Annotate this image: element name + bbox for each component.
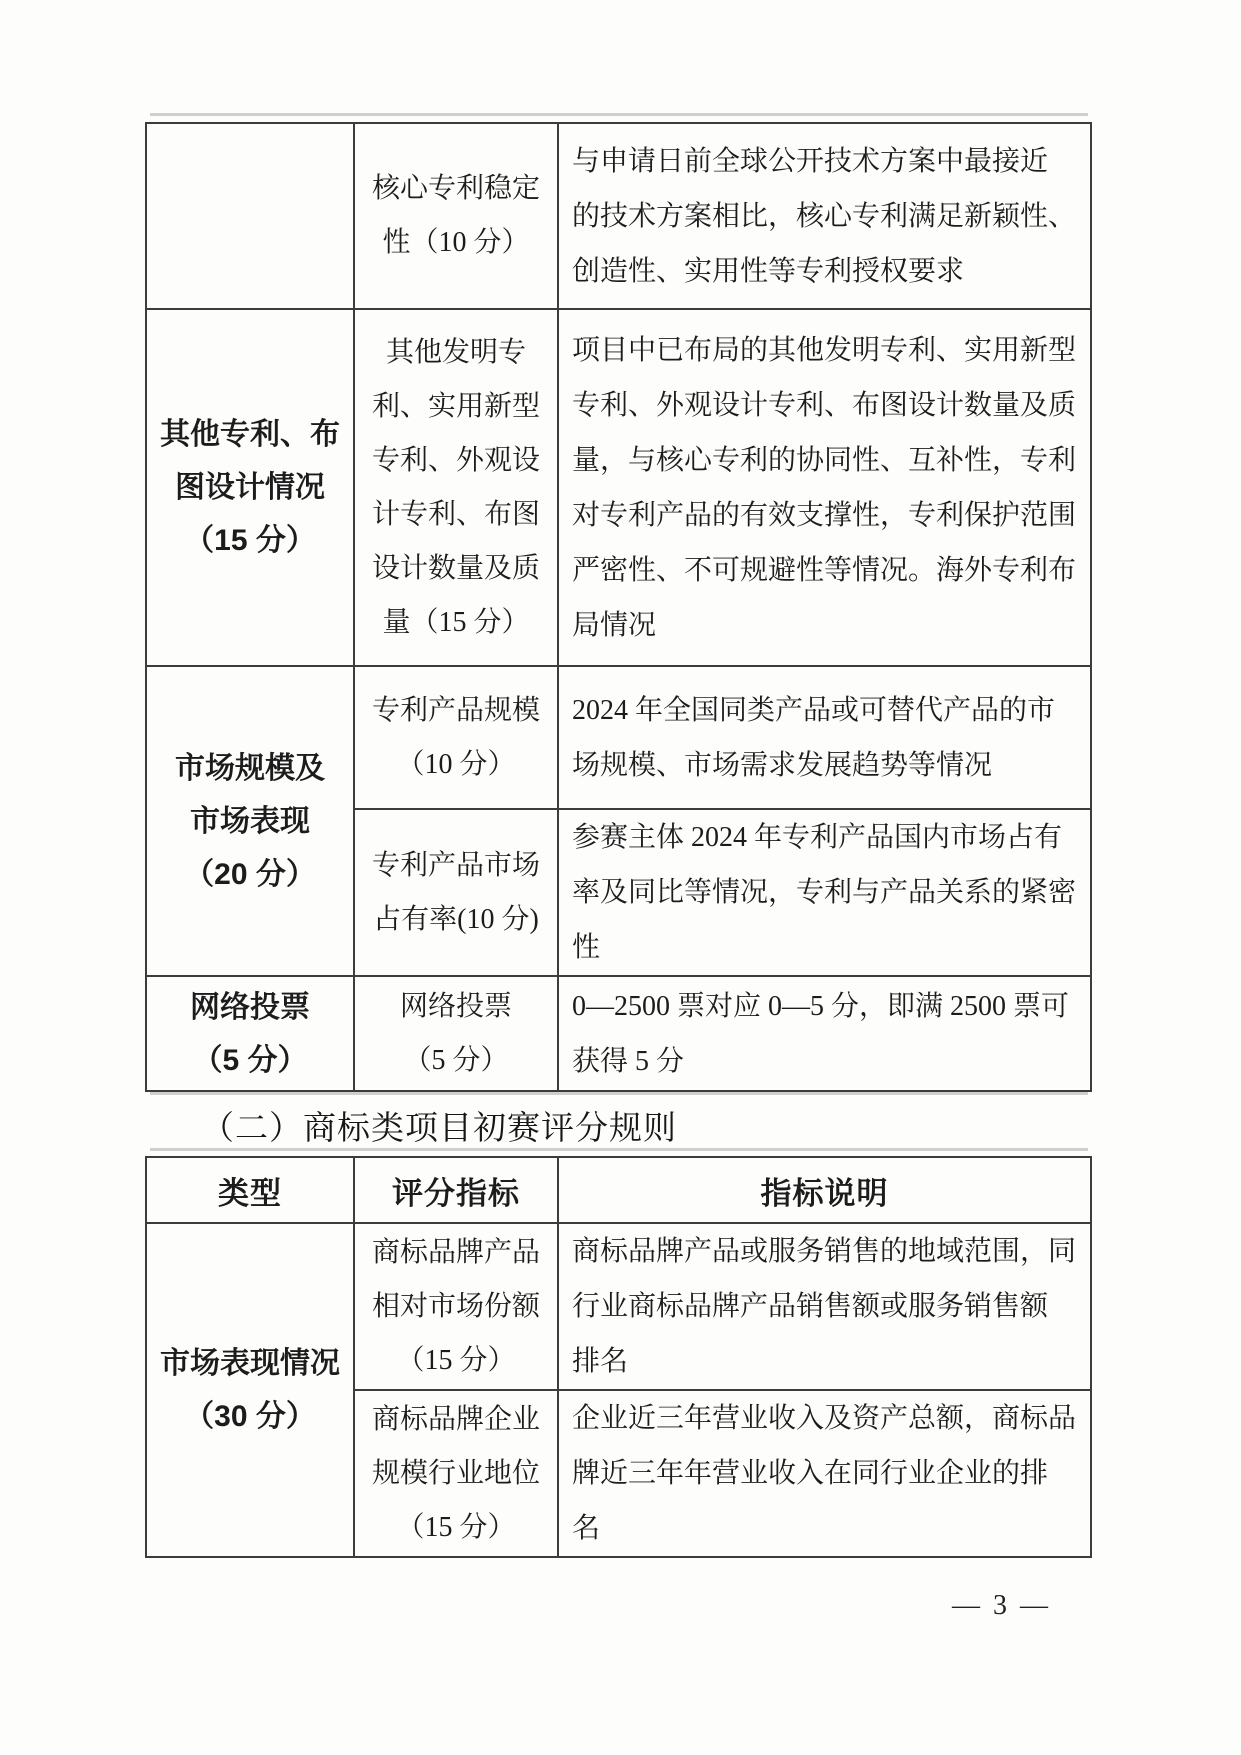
cell-relative-market-share-description: 商标品牌产品或服务销售的地域范围，同 行业商标品牌产品销售额或服务销售额 排名 bbox=[558, 1223, 1091, 1390]
cell-online-voting-type: 网络投票 （5 分） bbox=[146, 976, 354, 1091]
cell-market-performance-type: 市场表现情况 （30 分） bbox=[146, 1223, 354, 1557]
cell-online-voting-description: 0—2500 票对应 0—5 分，即满 2500 票可 获得 5 分 bbox=[558, 976, 1091, 1091]
cell-market-scale-type: 市场规模及 市场表现 （20 分） bbox=[146, 666, 354, 976]
table-row: 网络投票 （5 分） 网络投票 （5 分） 0—2500 票对应 0—5 分，即… bbox=[146, 976, 1091, 1091]
table-row: 市场表现情况 （30 分） 商标品牌产品 相对市场份额 （15 分） 商标品牌产… bbox=[146, 1223, 1091, 1390]
cell-patent-product-scale-description: 2024 年全国同类产品或可替代产品的市 场规模、市场需求发展趋势等情况 bbox=[558, 666, 1091, 809]
cell-patent-product-scale-indicator: 专利产品规模 （10 分） bbox=[354, 666, 558, 809]
document-page: 核心专利稳定 性（10 分） 与申请日前全球公开技术方案中最接近 的技术方案相比… bbox=[0, 0, 1241, 1755]
cell-core-patent-stability-description: 与申请日前全球公开技术方案中最接近 的技术方案相比，核心专利满足新颖性、 创造性… bbox=[558, 123, 1091, 309]
cell-core-patent-stability-indicator: 核心专利稳定 性（10 分） bbox=[354, 123, 558, 309]
cell-other-patents-indicator: 其他发明专 利、实用新型 专利、外观设 计专利、布图 设计数量及质 量（15 分… bbox=[354, 309, 558, 666]
header-description: 指标说明 bbox=[558, 1157, 1091, 1223]
cell-market-share-description: 参赛主体 2024 年专利产品国内市场占有 率及同比等情况，专利与产品关系的紧密… bbox=[558, 809, 1091, 976]
cell-type-empty bbox=[146, 123, 354, 309]
scan-artifact-line bbox=[150, 113, 1088, 116]
cell-online-voting-indicator: 网络投票 （5 分） bbox=[354, 976, 558, 1091]
trademark-scoring-table: 类型 评分指标 指标说明 市场表现情况 （30 分） 商标品牌产品 相对市场份额… bbox=[145, 1156, 1092, 1558]
patent-scoring-table: 核心专利稳定 性（10 分） 与申请日前全球公开技术方案中最接近 的技术方案相比… bbox=[145, 122, 1092, 1092]
header-type: 类型 bbox=[146, 1157, 354, 1223]
cell-other-patents-description: 项目中已布局的其他发明专利、实用新型 专利、外观设计专利、布图设计数量及质 量，… bbox=[558, 309, 1091, 666]
cell-enterprise-scale-indicator: 商标品牌企业 规模行业地位 （15 分） bbox=[354, 1390, 558, 1557]
table-row: 其他专利、布 图设计情况 （15 分） 其他发明专 利、实用新型 专利、外观设 … bbox=[146, 309, 1091, 666]
cell-relative-market-share-indicator: 商标品牌产品 相对市场份额 （15 分） bbox=[354, 1223, 558, 1390]
scan-artifact-line bbox=[150, 1092, 1088, 1095]
cell-other-patents-type: 其他专利、布 图设计情况 （15 分） bbox=[146, 309, 354, 666]
section-heading: （二）商标类项目初赛评分规则 bbox=[201, 1102, 677, 1149]
header-indicator: 评分指标 bbox=[354, 1157, 558, 1223]
table-row: 核心专利稳定 性（10 分） 与申请日前全球公开技术方案中最接近 的技术方案相比… bbox=[146, 123, 1091, 309]
table-row: 市场规模及 市场表现 （20 分） 专利产品规模 （10 分） 2024 年全国… bbox=[146, 666, 1091, 809]
cell-enterprise-scale-description: 企业近三年营业收入及资产总额，商标品 牌近三年年营业收入在同行业企业的排 名 bbox=[558, 1390, 1091, 1557]
page-number: — 3 — bbox=[952, 1590, 1051, 1622]
cell-market-share-indicator: 专利产品市场 占有率(10 分) bbox=[354, 809, 558, 976]
table-header-row: 类型 评分指标 指标说明 bbox=[146, 1157, 1091, 1223]
